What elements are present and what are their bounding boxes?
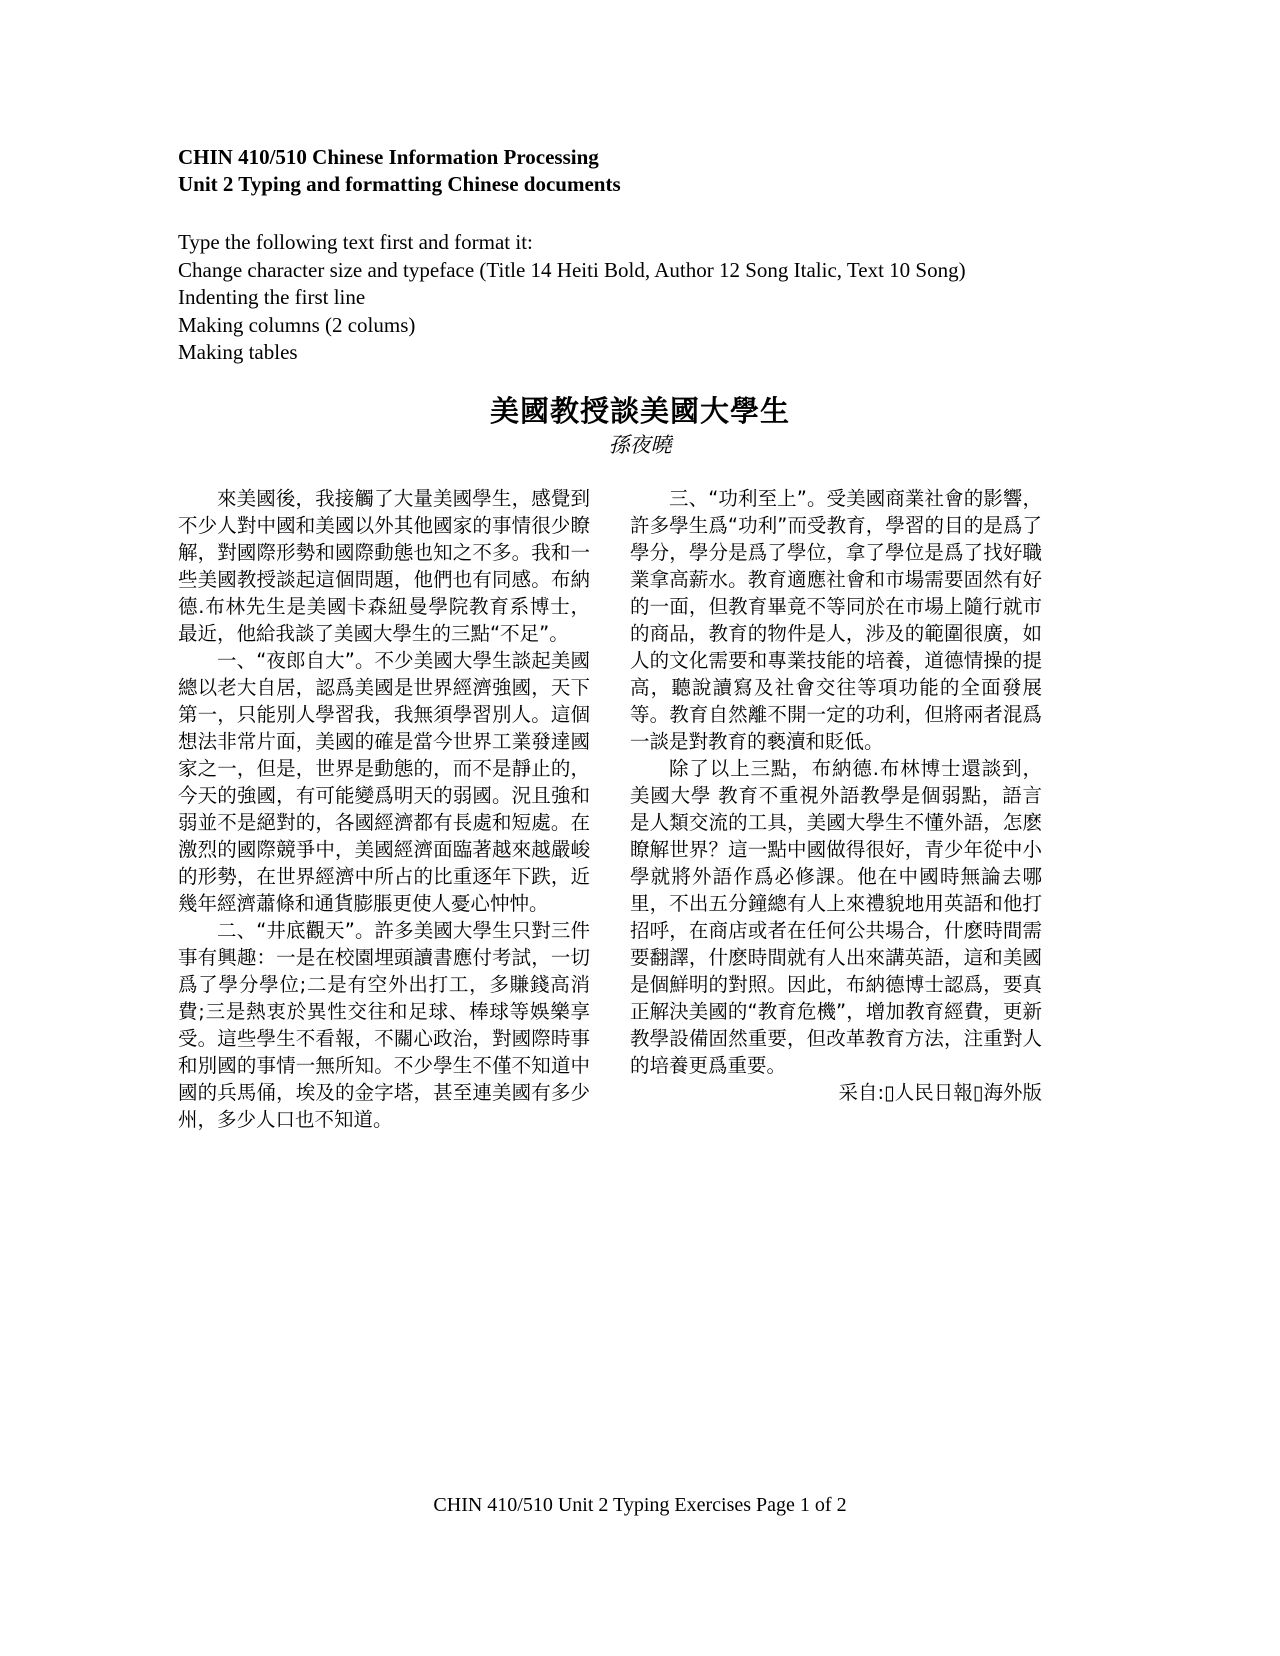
article-left-column: 來美國後，我接觸了大量美國學生，感覺到不少人對中國和美國以外其他國家的事情很少瞭… xyxy=(178,485,590,1133)
instruction-line: Indenting the first line xyxy=(178,284,1023,312)
instruction-line: Type the following text first and format… xyxy=(178,229,1023,257)
course-header-line2: Unit 2 Typing and formatting Chinese doc… xyxy=(178,171,1102,198)
course-header: CHIN 410/510 Chinese Information Process… xyxy=(178,144,1102,198)
page-footer: CHIN 410/510 Unit 2 Typing Exercises Pag… xyxy=(0,1492,1280,1518)
document-page: CHIN 410/510 Chinese Information Process… xyxy=(0,0,1280,1656)
paragraph: 來美國後，我接觸了大量美國學生，感覺到不少人對中國和美國以外其他國家的事情很少瞭… xyxy=(178,485,590,647)
article-two-column-body: 來美國後，我接觸了大量美國學生，感覺到不少人對中國和美國以外其他國家的事情很少瞭… xyxy=(178,485,1042,1133)
course-header-line1: CHIN 410/510 Chinese Information Process… xyxy=(178,144,1102,171)
source-attribution: 采自:▯人民日報▯海外版 xyxy=(630,1079,1042,1106)
page-content: CHIN 410/510 Chinese Information Process… xyxy=(0,0,1280,1133)
paragraph: 二、“井底觀天”。許多美國大學生只對三件事有興趣：一是在校園埋頭讀書應付考試，一… xyxy=(178,917,590,1133)
instruction-line: Making tables xyxy=(178,339,1023,367)
paragraph: 三、“功利至上”。受美國商業社會的影響，許多學生爲“功利”而受教育，學習的目的是… xyxy=(630,485,1042,755)
instruction-line: Making columns (2 colums) xyxy=(178,312,1023,340)
paragraph: 一、“夜郎自大”。不少美國大學生談起美國總以老大自居，認爲美國是世界經濟強國，天… xyxy=(178,647,590,917)
instruction-line: Change character size and typeface (Titl… xyxy=(178,257,1023,285)
article-author: 孫夜曉 xyxy=(178,432,1102,459)
paragraph: 除了以上三點，布納德.布林博士還談到，美國大學 教育不重視外語教學是個弱點，語言… xyxy=(630,755,1042,1079)
article-right-column: 三、“功利至上”。受美國商業社會的影響，許多學生爲“功利”而受教育，學習的目的是… xyxy=(630,485,1042,1133)
article-title: 美國教授談美國大學生 xyxy=(178,393,1102,429)
exercise-instructions: Type the following text first and format… xyxy=(178,229,1023,367)
